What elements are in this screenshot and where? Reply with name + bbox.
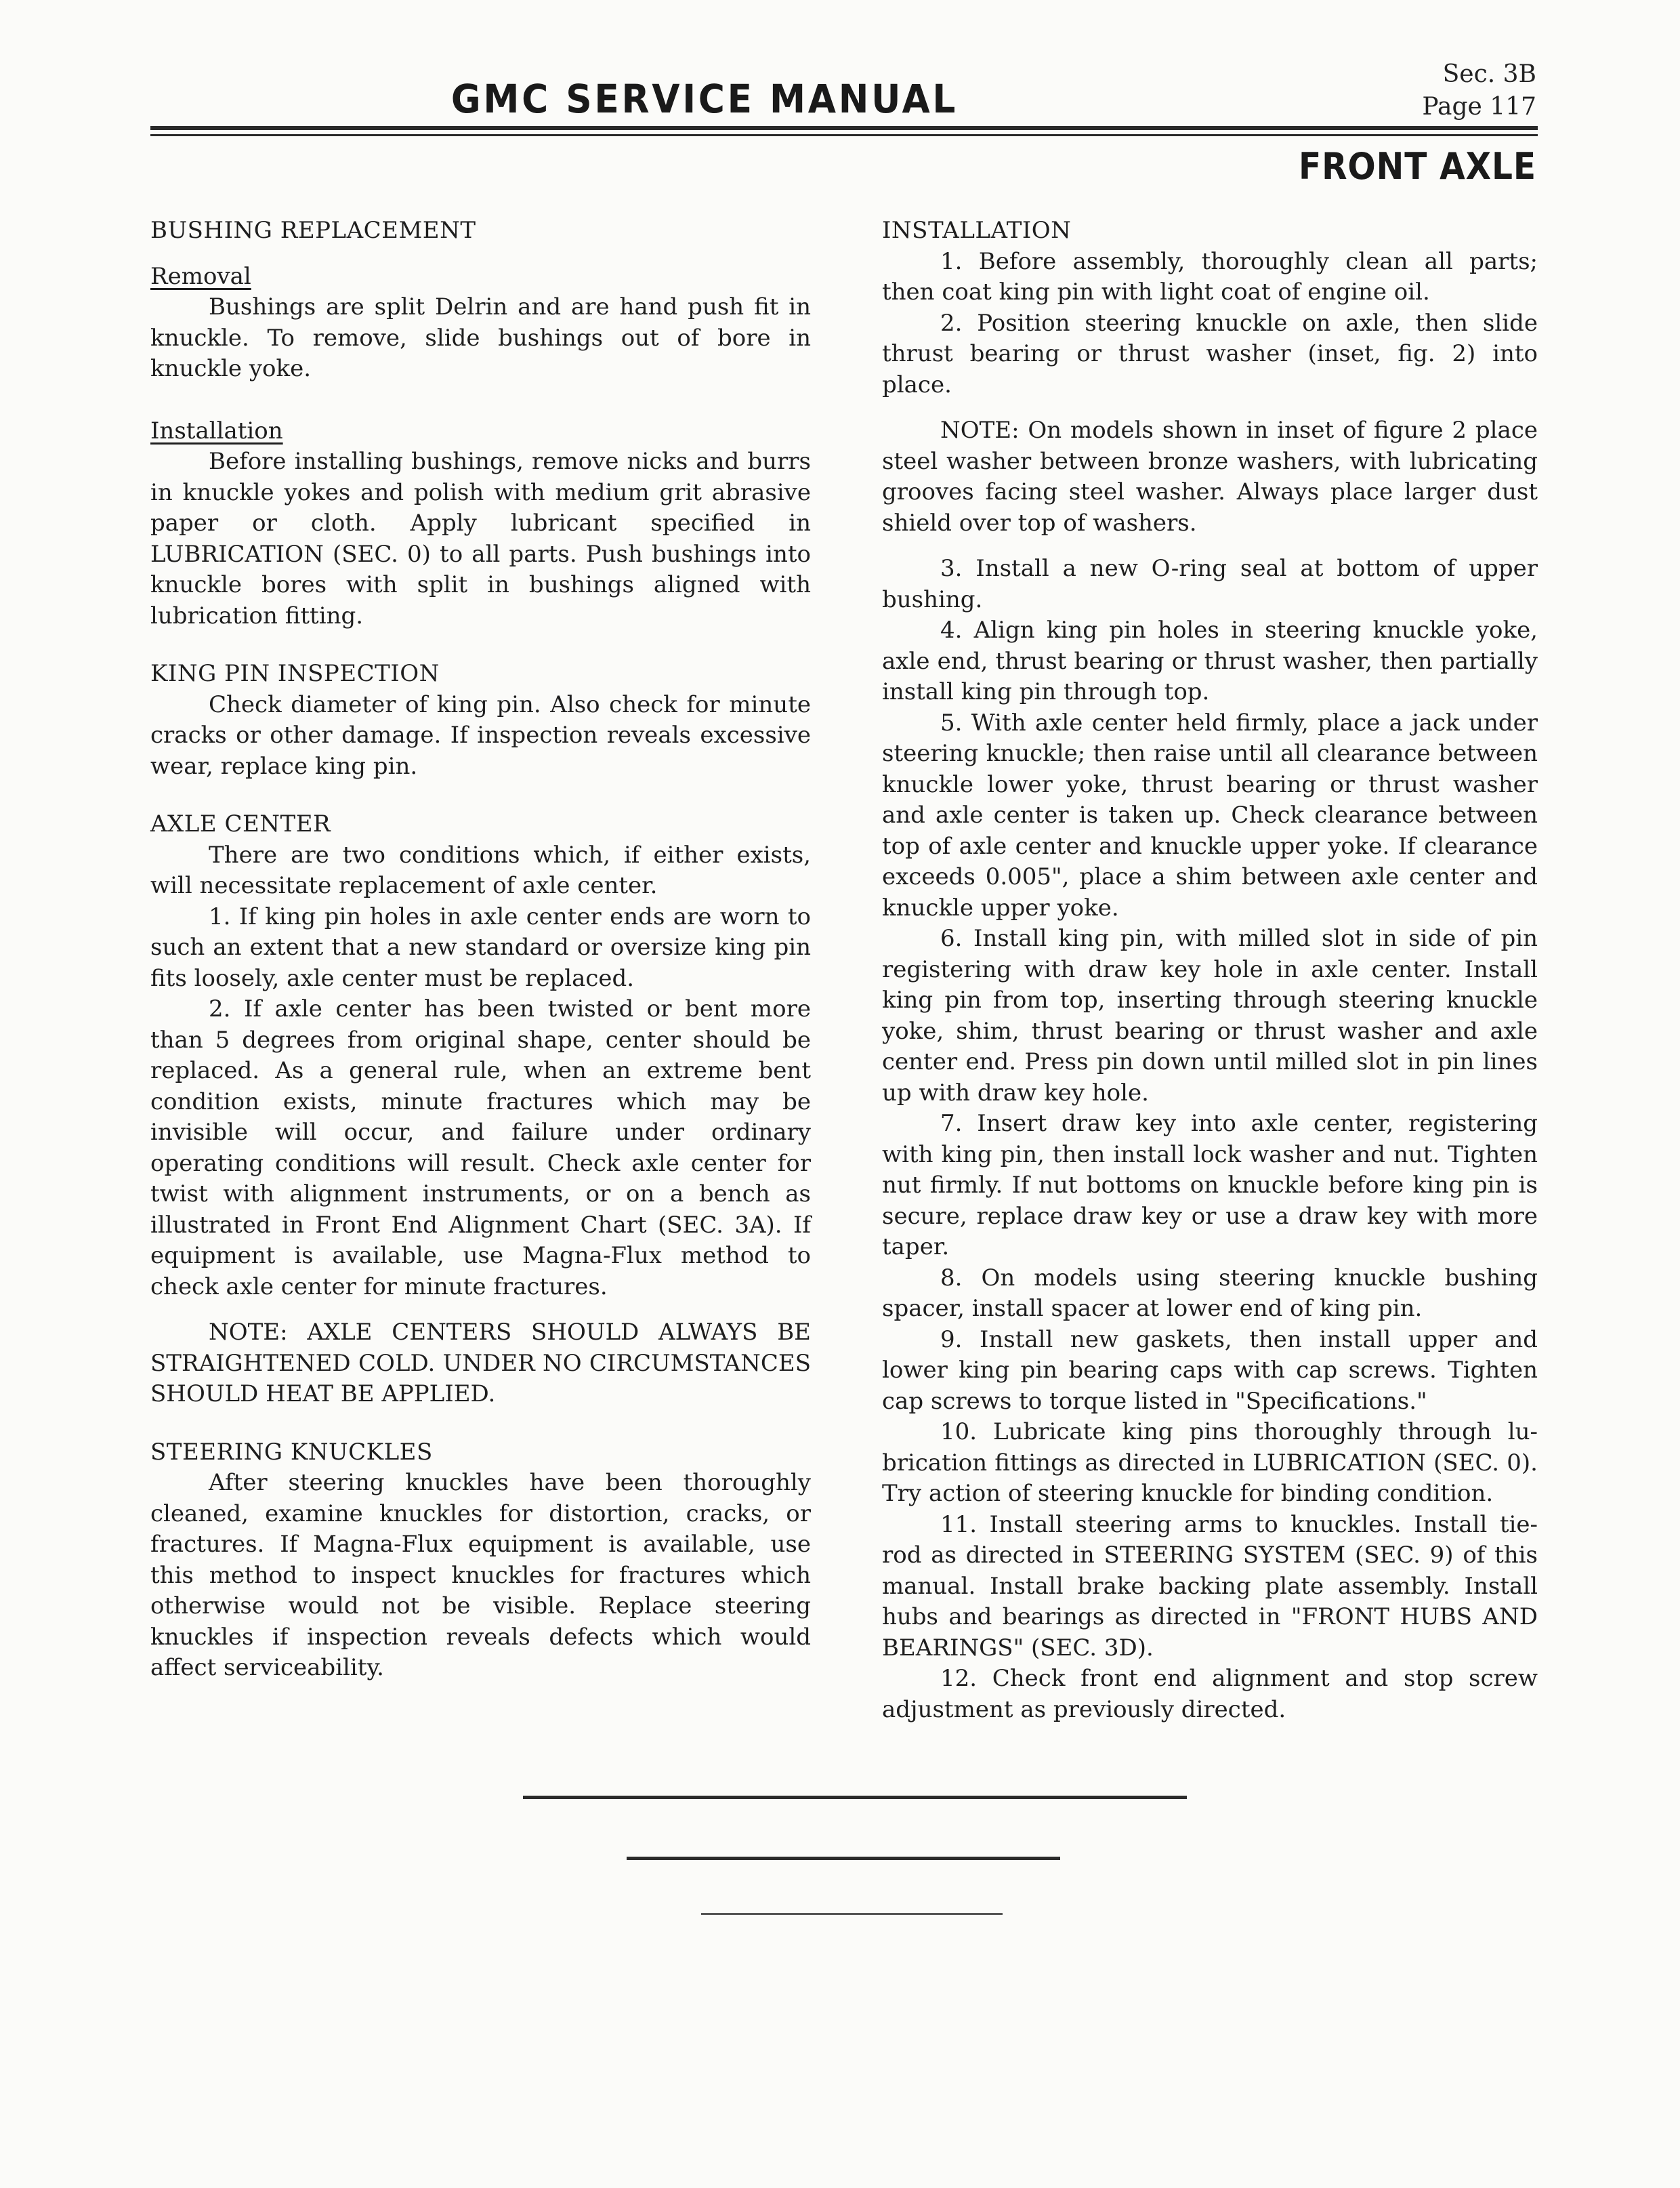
section-heading: AXLE CENTER: [150, 809, 811, 840]
list-item: 3. Install a new O-ring seal at bottom o…: [882, 554, 1538, 615]
list-item: 4. Align king pin holes in steering knuc…: [882, 615, 1538, 708]
subheading-removal: Removal: [150, 262, 251, 293]
section-page-block: Sec. 3B Page 117: [1422, 58, 1536, 123]
bushing-replacement-section: BUSHING REPLACEMENT Removal Bushings are…: [150, 215, 811, 632]
page-number: Page 117: [1422, 91, 1536, 123]
list-item: 7. Insert draw key into axle center, reg…: [882, 1109, 1538, 1263]
paragraph: Before installing bushings, remove nicks…: [150, 447, 811, 632]
axle-center-section: AXLE CENTER There are two conditions whi…: [150, 809, 811, 1410]
list-item: 5. With axle center held firmly, place a…: [882, 708, 1538, 924]
section-heading: KING PIN INSPECTION: [150, 659, 811, 690]
left-column: BUSHING REPLACEMENT Removal Bushings are…: [150, 215, 811, 1684]
note: NOTE: AXLE CENTERS SHOULD ALWAYS BE STRA…: [150, 1317, 811, 1410]
end-rule-2: [627, 1857, 1060, 1860]
note: NOTE: On models shown in inset of figure…: [882, 415, 1538, 539]
header-rule-thin: [150, 134, 1538, 136]
end-rule-1: [523, 1796, 1187, 1799]
section-heading: BUSHING REPLACEMENT: [150, 215, 811, 247]
installation-section: INSTALLATION 1. Before assembly, thoroug…: [882, 215, 1538, 1725]
paragraph: Check diameter of king pin. Also check f…: [150, 690, 811, 783]
king-pin-inspection-section: KING PIN INSPECTION Check diameter of ki…: [150, 659, 811, 782]
end-rule-3: [701, 1913, 1003, 1915]
list-item: 1. If king pin holes in axle center ends…: [150, 902, 811, 995]
subheading-installation: Installation: [150, 416, 283, 447]
right-column: INSTALLATION 1. Before assembly, thoroug…: [882, 215, 1538, 1725]
steering-knuckles-section: STEERING KNUCKLES After steering knuckle…: [150, 1437, 811, 1684]
header-rule-thick: [150, 126, 1538, 130]
section-heading: INSTALLATION: [882, 215, 1538, 247]
list-item: 10. Lubricate king pins thoroughly throu…: [882, 1417, 1538, 1510]
list-item: 12. Check front end alignment and stop s…: [882, 1664, 1538, 1725]
list-item: 1. Before assembly, thoroughly clean all…: [882, 247, 1538, 308]
list-item: 6. Install king pin, with milled slot in…: [882, 924, 1538, 1109]
manual-title: GMC SERVICE MANUAL: [56, 76, 1353, 122]
list-item: 8. On models using steering knuckle bush…: [882, 1263, 1538, 1325]
list-item: 9. Install new gaskets, then install upp…: [882, 1325, 1538, 1418]
paragraph: There are two conditions which, if eithe…: [150, 840, 811, 902]
chapter-title: FRONT AXLE: [1299, 145, 1536, 188]
list-item: 11. Install steering arms to knuckles. I…: [882, 1510, 1538, 1664]
list-item: 2. Position steering knuckle on axle, th…: [882, 308, 1538, 401]
list-item: 2. If axle center has been twisted or be…: [150, 994, 811, 1302]
paragraph: Bushings are split Delrin and are hand p…: [150, 292, 811, 385]
paragraph: After steering knuckles have been thorou…: [150, 1468, 811, 1684]
section-heading: STEERING KNUCKLES: [150, 1437, 811, 1468]
section-number: Sec. 3B: [1422, 58, 1536, 91]
